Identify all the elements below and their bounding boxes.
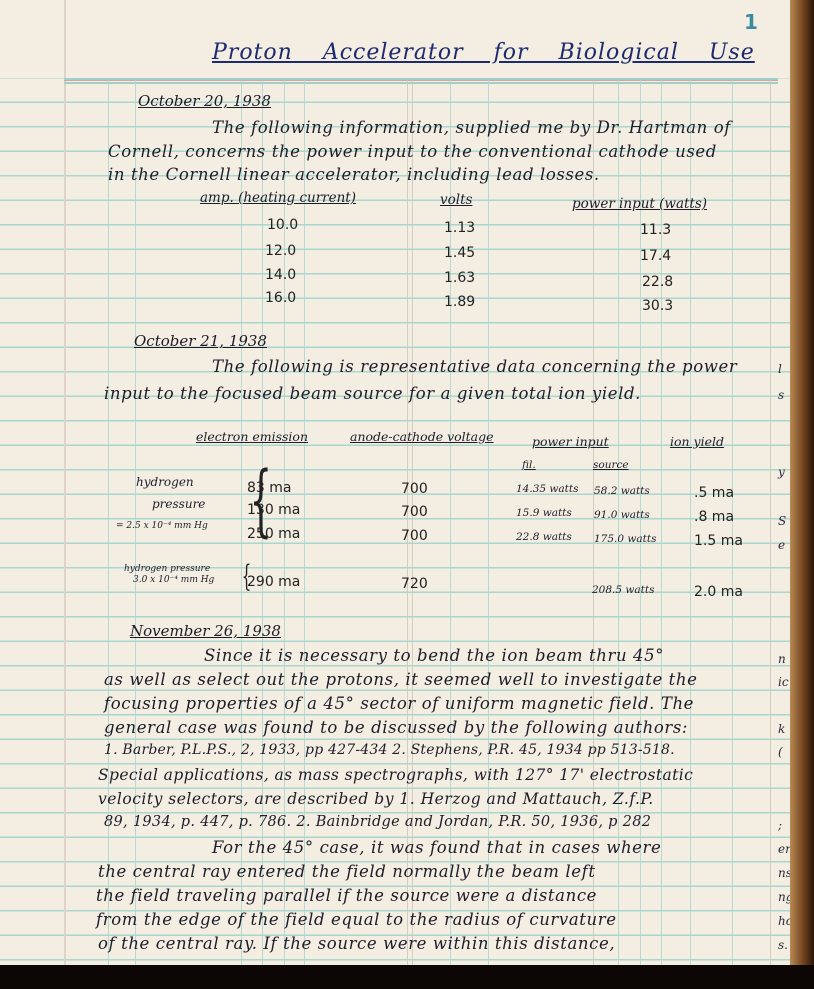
table-cell: .5 ma [694,485,734,501]
table-header: anode-cathode voltage [350,429,494,444]
table-cell: 175.0 watts [594,533,656,545]
grid-line [412,80,413,965]
table-cell: 1.13 [444,220,475,236]
reference-line: 89, 1934, p. 447, p. 786. 2. Bainbridge … [104,814,651,830]
margin-fragment: ( [778,745,783,759]
entry-date: October 21, 1938 [134,332,267,350]
grid-line [488,80,489,965]
table-cell: 290 ma [247,574,300,590]
table-cell: 700 [401,528,428,544]
entry-text-line: Special applications, as mass spectrogra… [98,766,693,784]
margin-fragment: ic [778,675,789,689]
entry-text-line: general case was found to be discussed b… [104,718,688,737]
header-rule [64,82,778,84]
margin-fragment: S [778,514,786,528]
grid-line [284,80,285,965]
table-subheader: fil. [522,459,536,471]
group-label: pressure [152,497,205,511]
reference-line: 1. Barber, P.L.P.S., 2, 1933, pp 427-434… [104,742,675,758]
group-label: hydrogen pressure [124,564,210,574]
table-cell: 1.89 [444,294,475,310]
table-header: amp. (heating current) [200,190,356,206]
table-cell: 10.0 [267,217,298,233]
margin-fragment: s [778,388,784,402]
table-cell: 30.3 [642,298,673,314]
scan-background [0,965,814,989]
table-cell: 1.5 ma [694,533,743,549]
table-cell: 22.8 [642,274,673,290]
table-cell: 91.0 watts [594,509,650,521]
grid-line [593,80,594,965]
grid-line [640,80,641,965]
entry-text-line: For the 45° case, it was found that in c… [212,838,661,857]
table-cell: 720 [401,576,428,592]
grid-line [690,80,691,965]
table-cell: 208.5 watts [592,584,654,596]
table-cell: 250 ma [247,526,300,542]
margin-fragment: s. [778,938,788,952]
grid-line [618,80,619,965]
page-title: Proton Accelerator for Biological Use [212,40,755,65]
group-label: 3.0 x 10⁻⁴ mm Hg [133,575,214,585]
grid-line [108,80,109,965]
notebook-page: 1 Proton Accelerator for Biological Use … [0,0,790,965]
grid-line [407,80,408,965]
margin-fragment: nge [778,890,790,904]
grid-line [450,80,451,965]
table-header: volts [440,192,472,208]
table-cell: 12.0 [265,243,296,259]
entry-date: November 26, 1938 [130,622,281,640]
table-cell: 17.4 [640,248,671,264]
table-cell: 15.9 watts [516,507,572,519]
entry-text-line: from the edge of the field equal to the … [96,910,617,929]
table-cell: 1.45 [444,245,475,261]
grid-line [770,80,771,965]
page-number: 1 [744,10,758,34]
table-cell: 130 ma [247,502,300,518]
entry-text-line: input to the focused beam source for a g… [104,384,641,403]
table-header: ion yield [670,434,724,449]
grid-line [241,80,242,965]
entry-text-line: the central ray entered the field normal… [98,862,596,881]
table-cell: 11.3 [640,222,671,238]
entry-text-line: The following is representative data con… [212,357,737,376]
grid-line [304,80,305,965]
table-cell: 58.2 watts [594,485,650,497]
entry-text-line: velocity selectors, are described by 1. … [98,790,654,808]
entry-text-line: Since it is necessary to bend the ion be… [204,646,664,665]
margin-fragment: n [778,652,786,666]
page-fold [64,0,66,965]
margin-fragment: e [778,538,785,552]
margin-fragment: y [778,465,785,479]
table-cell: 83 ma [247,480,291,496]
entry-text-line: as well as select out the protons, it se… [104,670,698,689]
table-cell: 700 [401,504,428,520]
margin-fragment: er [778,842,790,856]
entry-text-line: The following information, supplied me b… [212,118,731,137]
table-cell: 700 [401,481,428,497]
margin-fragment: l [778,362,782,376]
group-label: hydrogen [136,475,194,489]
table-header: power input (watts) [572,196,707,212]
grid-line [661,80,662,965]
table-cell: 16.0 [265,290,296,306]
entry-date: October 20, 1938 [138,92,271,110]
table-cell: 14.0 [265,267,296,283]
entry-text-line: the field traveling parallel if the sour… [96,886,597,905]
table-cell: .8 ma [694,509,734,525]
table-cell: 1.63 [444,270,475,286]
header-rule-red [64,80,778,81]
book-edge [790,0,814,989]
group-label: = 2.5 x 10⁻⁴ mm Hg [116,521,208,531]
margin-fragment: k [778,722,785,736]
entry-text-line: in the Cornell linear accelerator, inclu… [108,165,600,184]
table-header: power input [532,434,609,449]
page-header-area [0,0,790,78]
table-cell: 2.0 ma [694,584,743,600]
table-cell: 14.35 watts [516,483,578,495]
entry-text-line: focusing properties of a 45° sector of u… [104,694,694,713]
table-header: electron emission [196,429,308,444]
margin-fragment: ho [778,914,790,928]
margin-fragment: ; [778,818,782,832]
margin-fragment: ns [778,866,790,880]
entry-text-line: Cornell, concerns the power input to the… [108,142,717,161]
entry-text-line: of the central ray. If the source were w… [98,934,615,953]
table-subheader: source [593,459,629,471]
table-cell: 22.8 watts [516,531,572,543]
